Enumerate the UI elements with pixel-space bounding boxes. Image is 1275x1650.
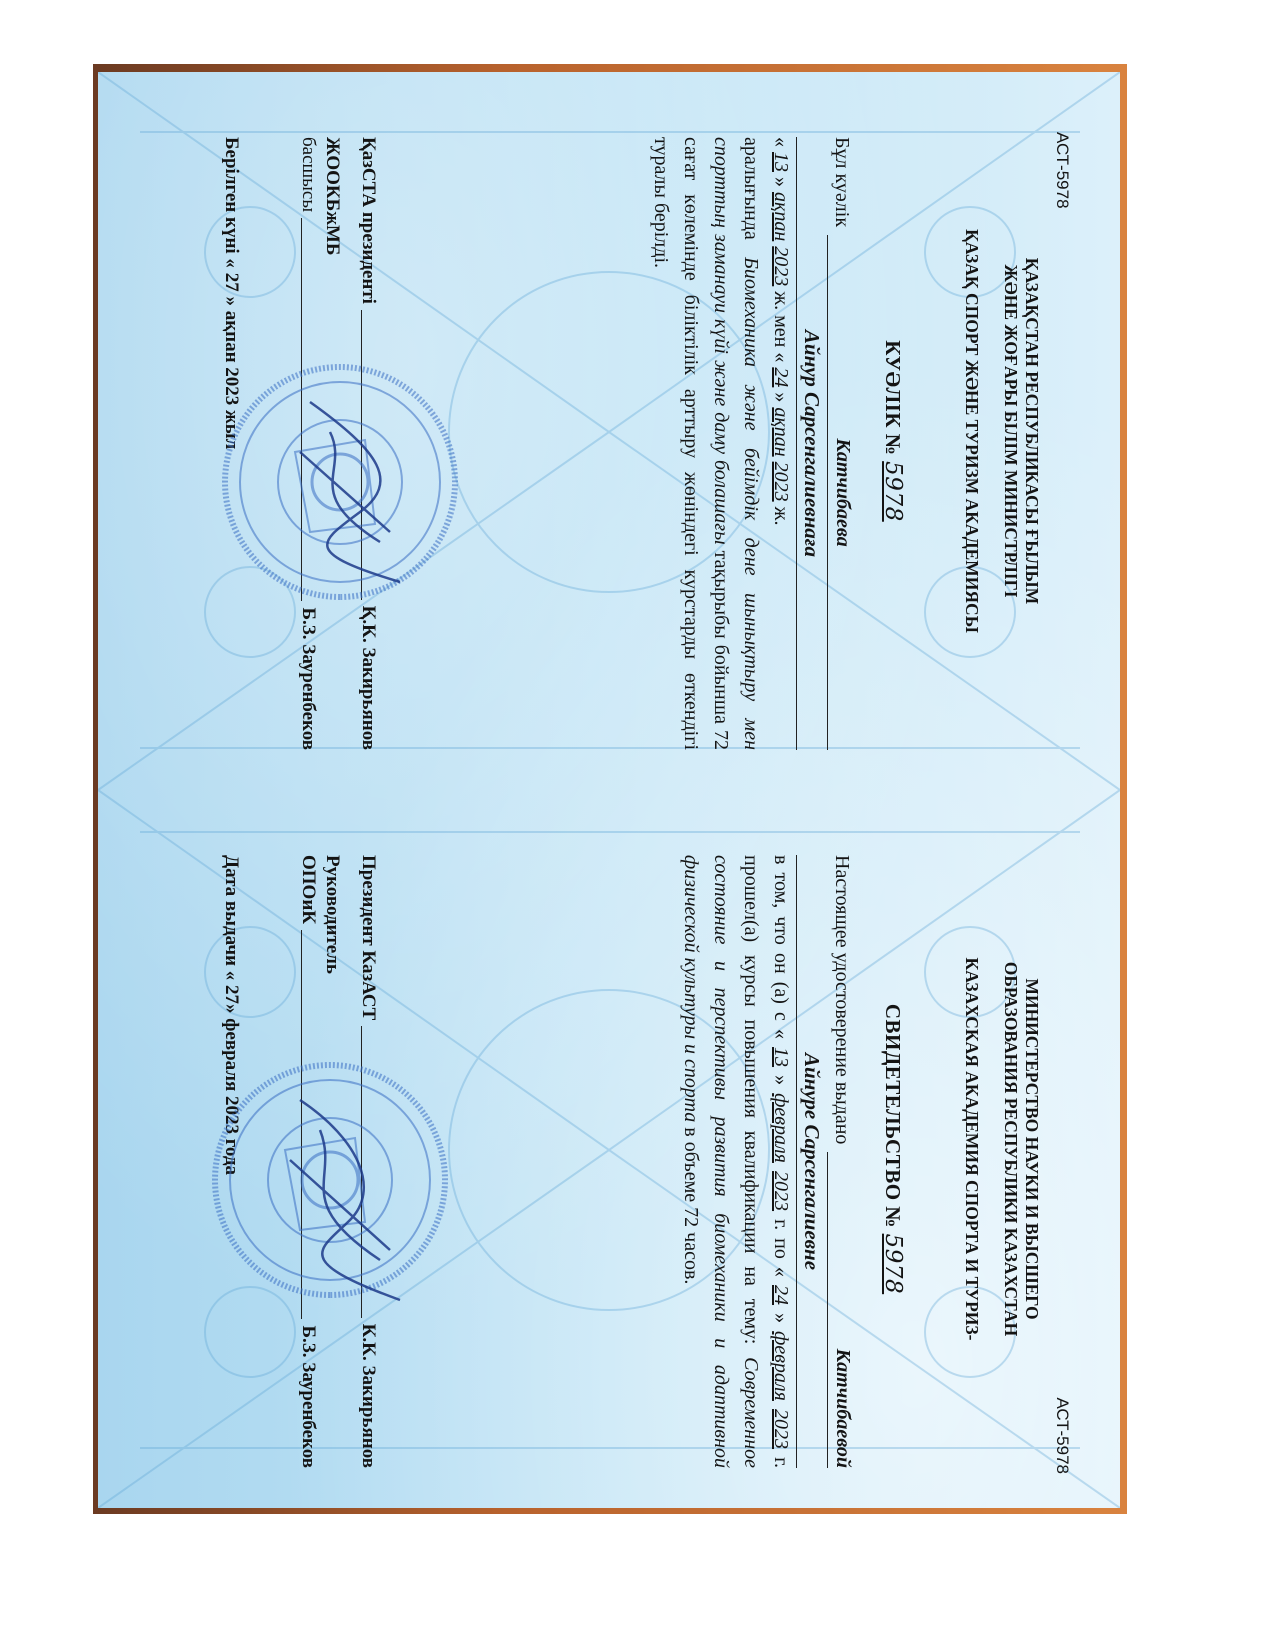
recipient-surname-kz: Катчибаева [827, 235, 858, 750]
certificate-number-kz: 5978 [880, 461, 906, 522]
ministry-title-ru: МИНИСТЕРСТВО НАУКИ И ВЫСШЕГО ОБРАЗОВАНИЯ… [1000, 790, 1042, 1508]
serial-number: АСТ-5978 [1052, 1397, 1072, 1474]
recipient-name-ru: Айнуре Сарсенгалиевне [796, 855, 827, 1468]
signature-ru [270, 1090, 420, 1310]
institution-title-kz: ҚАЗАҚ СПОРТ ЖӘНЕ ТУРИЗМ АКАДЕМИЯСЫ [961, 72, 982, 790]
signatory-2-ru: Б.З. Зауренбеков [296, 1325, 320, 1468]
certificate-page: АСТ-5978 ҚАЗАҚСТАН РЕСПУБЛИКАСЫ ҒЫЛЫМ ЖӘ… [98, 72, 1120, 1508]
institution-title-ru: КАЗАХСКАЯ АКАДЕМИЯ СПОРТА И ТУРИЗ- [961, 790, 982, 1508]
signatory-2-kz: Б.З. Зауренбеков [296, 607, 320, 750]
certificate-title-kz: КУӘЛІК № 5978 [880, 72, 906, 790]
recipient-name-kz: Айнур Сарсенгалиевнаға [796, 137, 827, 750]
ministry-title-kz: ҚАЗАҚСТАН РЕСПУБЛИКАСЫ ҒЫЛЫМ ЖӘНЕ ЖОҒАРЫ… [1000, 72, 1042, 790]
signature-kz [280, 392, 420, 592]
certificate-body-kz: Бұл куәлік Катчибаева Айнур Сарсенгалиев… [646, 137, 858, 750]
certificate-paper: АСТ-5978 ҚАЗАҚСТАН РЕСПУБЛИКАСЫ ҒЫЛЫМ ЖӘ… [98, 72, 1120, 1508]
certificate-title-ru: СВИДЕТЕЛЬСТВО № 5978 [880, 790, 906, 1508]
issue-date-kz: Берілген күні « 27 » ақпан 2023 жыл [220, 137, 242, 449]
signatory-1-ru: К.К. Закирьянов [356, 1324, 380, 1468]
kazakh-section: АСТ-5978 ҚАЗАҚСТАН РЕСПУБЛИКАСЫ ҒЫЛЫМ ЖӘ… [98, 72, 1120, 790]
certificate-number-ru: 5978 [880, 1234, 906, 1295]
recipient-surname-ru: Катчибаевой [827, 1152, 858, 1468]
serial-number: АСТ-5978 [1052, 132, 1072, 209]
signatory-1-kz: Қ.К. Закирьянов [356, 606, 380, 750]
russian-section: АСТ-5978 МИНИСТЕРСТВО НАУКИ И ВЫСШЕГО ОБ… [98, 790, 1120, 1508]
certificate-body-ru: Настоящее удостоверение выдано Катчибаев… [676, 855, 858, 1468]
